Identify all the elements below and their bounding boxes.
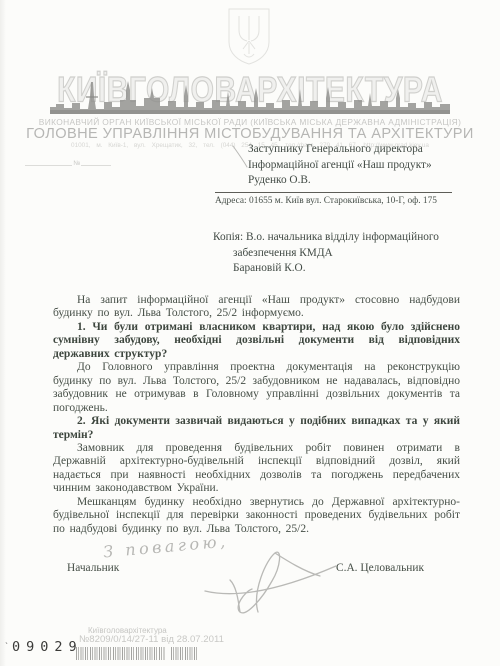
reference-number-blank: №	[25, 154, 111, 166]
reference-line-segment	[81, 164, 111, 166]
copy-recipient-block: Копія: В.о. начальника відділу інформаці…	[213, 230, 453, 277]
number-sign-label: №	[72, 161, 81, 166]
body-intro-paragraph: На запит інформаційної агенції «Наш прод…	[53, 294, 460, 321]
stamp-registration-number: №8209/0/14/27-11 від 28.07.2011	[79, 634, 224, 645]
recipient-position: Заступнику Генерального директора	[248, 142, 463, 158]
closing-paragraph: Мешканцям будинку необхідно звернутись д…	[53, 496, 460, 536]
reference-line-segment	[25, 164, 72, 166]
ukraine-trident-emblem-icon	[226, 8, 272, 66]
scanned-letter-page: КИЇВГОЛОВАРХІТЕКТУРА ВИКОНАВЧИЙ ОРГАН КИ…	[0, 0, 500, 666]
stamp-tick-mark: ˋ	[5, 641, 8, 652]
letterhead-subtitle-department: ГОЛОВНЕ УПРАВЛІННЯ МІСТОБУДУВАННЯ ТА АРХ…	[0, 126, 500, 142]
signer-position: Начальник	[67, 562, 119, 574]
answer-2: Замовник для проведення будівельних робі…	[53, 442, 460, 496]
stamp-entry-number: 09029	[12, 639, 83, 655]
question-2: 2. Які документи зазвичай видаються у по…	[53, 415, 460, 442]
answer-1: До Головного управління проектна докумен…	[53, 361, 460, 415]
copy-line: Копія: В.о. начальника відділу інформаці…	[213, 230, 453, 246]
kyiv-skyline-silhouette	[50, 76, 450, 114]
recipient-organization: Інформаційної агенції «Наш продукт»	[248, 158, 463, 174]
question-1: 1. Чи були отримані власником квартири, …	[53, 321, 460, 361]
copy-line: Барановій К.О.	[233, 261, 453, 277]
barcode-segment-1	[76, 647, 165, 660]
recipient-divider-rule	[215, 192, 452, 193]
recipient-name: Руденко О.В.	[248, 173, 463, 189]
letter-body: На запит інформаційної агенції «Наш прод…	[53, 294, 460, 536]
copy-line: забезпечення КМДА	[233, 246, 453, 262]
recipient-address: Адреса: 01655 м. Київ вул. Старокиївська…	[215, 196, 465, 206]
recipient-block: Заступнику Генерального директора Інформ…	[248, 142, 463, 189]
barcode-segment-2	[171, 647, 198, 660]
signer-name: С.А. Целовальник	[336, 562, 424, 574]
